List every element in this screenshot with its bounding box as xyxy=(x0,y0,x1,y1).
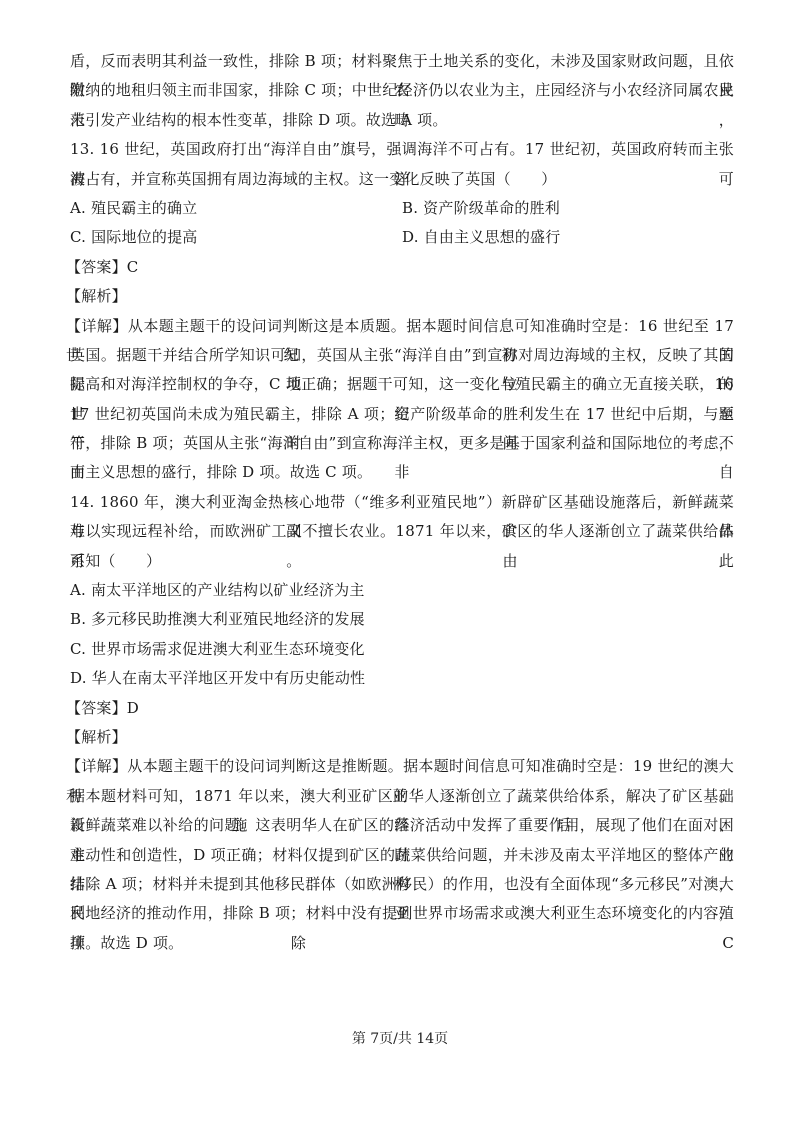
option-c: C. 世界市场需求促进澳大利亚生态环境变化 xyxy=(70,635,734,664)
detail-line: 英国。据题干并结合所学知识可知，英国从主张“海洋自由”到宣称对周边海域的主权，反… xyxy=(70,341,734,370)
detail-line: 【详解】从本题主题干的设问词判断这是本质题。据本题时间信息可知准确时空是：16 … xyxy=(66,312,734,341)
detail-line: 主动性和创造性，D 项正确；材料仅提到矿区的蔬菜供给问题，并未涉及南太平洋地区的… xyxy=(70,841,734,870)
option-b: B. 多元移民助推澳大利亚殖民地经济的发展 xyxy=(70,605,734,634)
detail-line: 提高和对海洋控制权的争夺，C 项正确；据题干可知，这一变化与殖民霸主的确立无直接… xyxy=(70,370,734,399)
analysis-label: 【解析】 xyxy=(66,723,734,752)
detail-line: 民地经济的推动作用，排除 B 项；材料中没有提到世界市场需求或澳大利亚生态环境变… xyxy=(70,899,734,928)
page-number-footer: 第 7页/共 14页 xyxy=(0,1028,800,1048)
option-b: B. 资产阶级革命的胜利 xyxy=(402,194,734,223)
question-14: 14. 1860 年，澳大利亚淘金热核心地带（“维多利亚殖民地”）新辟矿区基础设… xyxy=(70,488,734,958)
detail-line: 据本题材料可知，1871 年以来，澳大利亚矿区的华人逐渐创立了蔬菜供给体系，解决… xyxy=(70,782,734,811)
answer-label: 【答案】C xyxy=(66,253,734,282)
analysis-label: 【解析】 xyxy=(66,282,734,311)
detail-line: 新鲜蔬菜难以补给的问题。这表明华人在矿区的经济活动中发挥了重要作用，展现了他们在… xyxy=(70,811,734,840)
question-13: 13. 16 世纪，英国政府打出“海洋自由”旗号，强调海洋不可占有。17 世纪初… xyxy=(70,135,734,488)
question-stem-line: 14. 1860 年，澳大利亚淘金热核心地带（“维多利亚殖民地”）新辟矿区基础设… xyxy=(70,488,734,517)
option-d: D. 自由主义思想的盛行 xyxy=(402,223,734,252)
option-d: D. 华人在南太平洋地区开发中有历史能动性 xyxy=(70,664,734,693)
question-stem-line: 13. 16 世纪，英国政府打出“海洋自由”旗号，强调海洋不可占有。17 世纪初… xyxy=(70,135,734,164)
detail-line: 【详解】从本题主题干的设问词判断这是推断题。据本题时间信息可知准确时空是：19 … xyxy=(66,752,734,781)
answer-label: 【答案】D xyxy=(66,694,734,723)
text-line: 盾，反而表明其利益一致性，排除 B 项；材料聚焦于土地关系的变化，未涉及国家财政… xyxy=(70,47,734,76)
question-stem-line: 难以实现远程补给，而欧洲矿工又不擅长农业。1871 年以来，矿区的华人逐渐创立了… xyxy=(70,517,734,546)
options-row: A. 殖民霸主的确立 B. 资产阶级革命的胜利 xyxy=(70,194,734,223)
option-a: A. 殖民霸主的确立 xyxy=(70,194,402,223)
option-c: C. 国际地位的提高 xyxy=(70,223,402,252)
previous-explanation-continuation: 盾，反而表明其利益一致性，排除 B 项；材料聚焦于土地关系的变化，未涉及国家财政… xyxy=(70,47,734,135)
option-a: A. 南太平洋地区的产业结构以矿业经济为主 xyxy=(70,576,734,605)
detail-line: 17 世纪初英国尚未成为殖民霸主，排除 A 项；资产阶级革命的胜利发生在 17 … xyxy=(70,400,734,429)
detail-line: 排除 A 项；材料并未提到其他移民群体（如欧洲移民）的作用，也没有全面体现“多元… xyxy=(70,870,734,899)
document-page: 盾，反而表明其利益一致性，排除 B 项；材料聚焦于土地关系的变化，未涉及国家财政… xyxy=(70,47,734,958)
options-row: C. 国际地位的提高 D. 自由主义思想的盛行 xyxy=(70,223,734,252)
text-line: 缴纳的地租归领主而非国家，排除 C 项；中世纪经济仍以农业为主，庄园经济与小农经… xyxy=(70,76,734,105)
detail-line: 符，排除 B 项；英国从主张“海洋自由”到宣称海洋主权，更多是基于国家利益和国际… xyxy=(70,429,734,458)
